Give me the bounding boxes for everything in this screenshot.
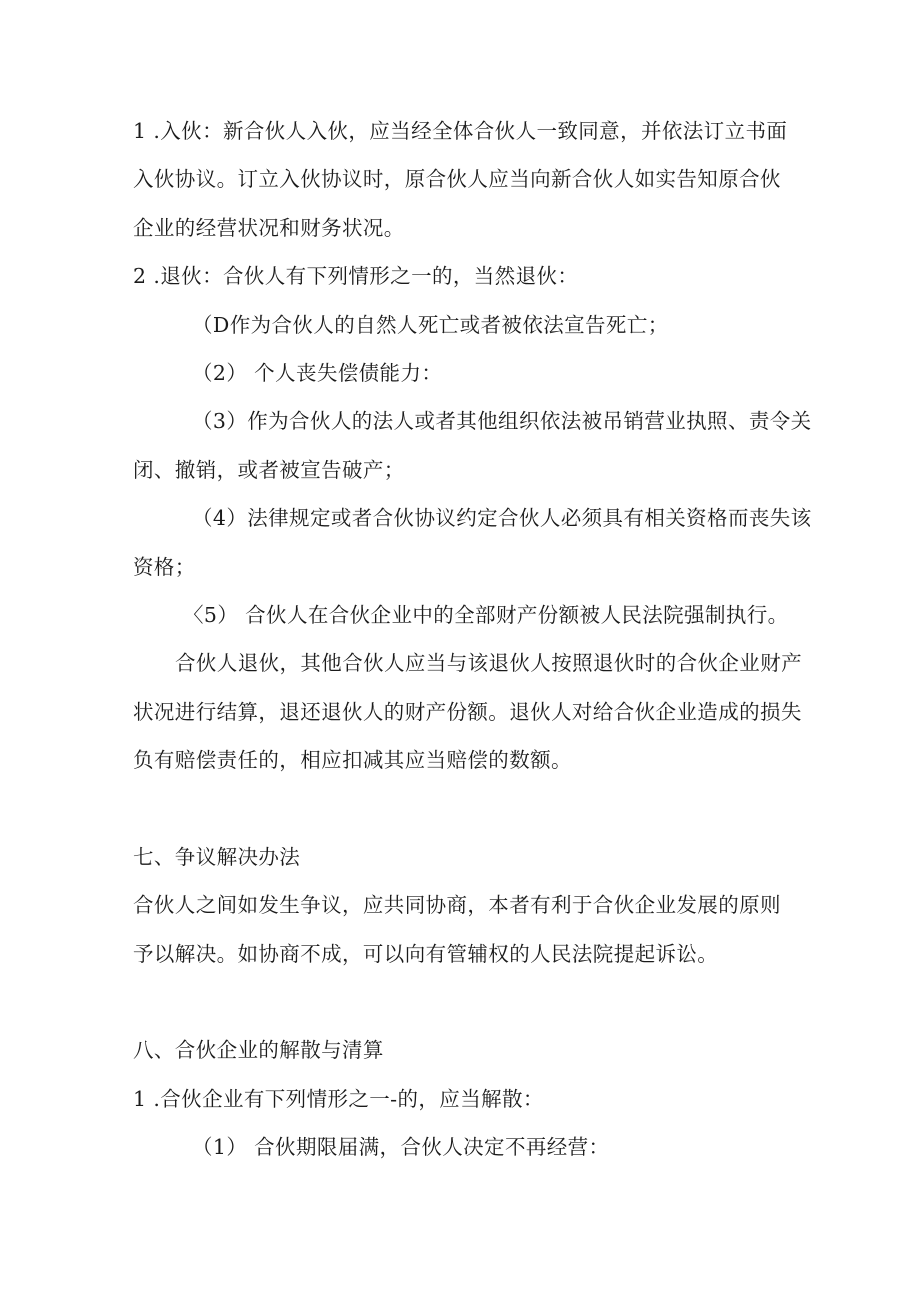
clause-join-line-1: 1 .入伙：新合伙人入伙，应当经全体合伙人一致同意，并依法订立书面 — [133, 107, 803, 155]
withdraw-item-1: （D作为合伙人的自然人死亡或者被依法宣告死亡； — [133, 301, 803, 349]
withdraw-item-3-line-2: 闭、撤销，或者被宣告破产； — [133, 446, 803, 494]
clause-join-line-3: 企业的经营状况和财务状况。 — [133, 204, 803, 252]
document-page: 1 .入伙：新合伙人入伙，应当经全体合伙人一致同意，并依法订立书面 入伙协议。订… — [0, 0, 920, 1301]
dissolution-intro: 1 .合伙企业有下列情形之一-的，应当解散： — [133, 1075, 803, 1123]
withdraw-item-4-line-2: 资格； — [133, 543, 803, 591]
settlement-paragraph-line-1: 合伙人退伙，其他合伙人应当与该退伙人按照退伙时的合伙企业财产 — [133, 639, 803, 687]
settlement-paragraph-line-2: 状况进行结算，退还退伙人的财产份额。退伙人对给合伙企业造成的损失 — [133, 688, 803, 736]
withdraw-item-3-line-1: （3）作为合伙人的法人或者其他组织依法被吊销营业执照、责令关 — [133, 397, 803, 445]
withdraw-item-2: （2） 个人丧失偿债能力： — [133, 349, 803, 397]
clause-withdraw-intro: 2 .退伙：合伙人有下列情形之一的，当然退伙： — [133, 252, 803, 300]
dispute-paragraph-line-2: 予以解决。如协商不成，可以向有管辅权的人民法院提起诉讼。 — [133, 930, 803, 978]
section-heading-dispute: 七、争议解决办法 — [133, 833, 803, 881]
withdraw-item-5: 〈5） 合伙人在合伙企业中的全部财产份额被人民法院强制执行。 — [133, 591, 803, 639]
document-body: 1 .入伙：新合伙人入伙，应当经全体合伙人一致同意，并依法订立书面 入伙协议。订… — [133, 107, 803, 1172]
dissolution-item-1: （1） 合伙期限届满，合伙人决定不再经营： — [133, 1123, 803, 1171]
settlement-paragraph-line-3: 负有赔偿责任的，相应扣减其应当赔偿的数额。 — [133, 736, 803, 784]
withdraw-item-4-line-1: （4）法律规定或者合伙协议约定合伙人必须具有相关资格而丧失该 — [133, 494, 803, 542]
dispute-paragraph-line-1: 合伙人之间如发生争议，应共同协商，本者有利于合伙企业发展的原则 — [133, 881, 803, 929]
clause-join-line-2: 入伙协议。订立入伙协议时，原合伙人应当向新合伙人如实告知原合伙 — [133, 155, 803, 203]
section-heading-dissolution: 八、合伙企业的解散与清算 — [133, 1026, 803, 1074]
